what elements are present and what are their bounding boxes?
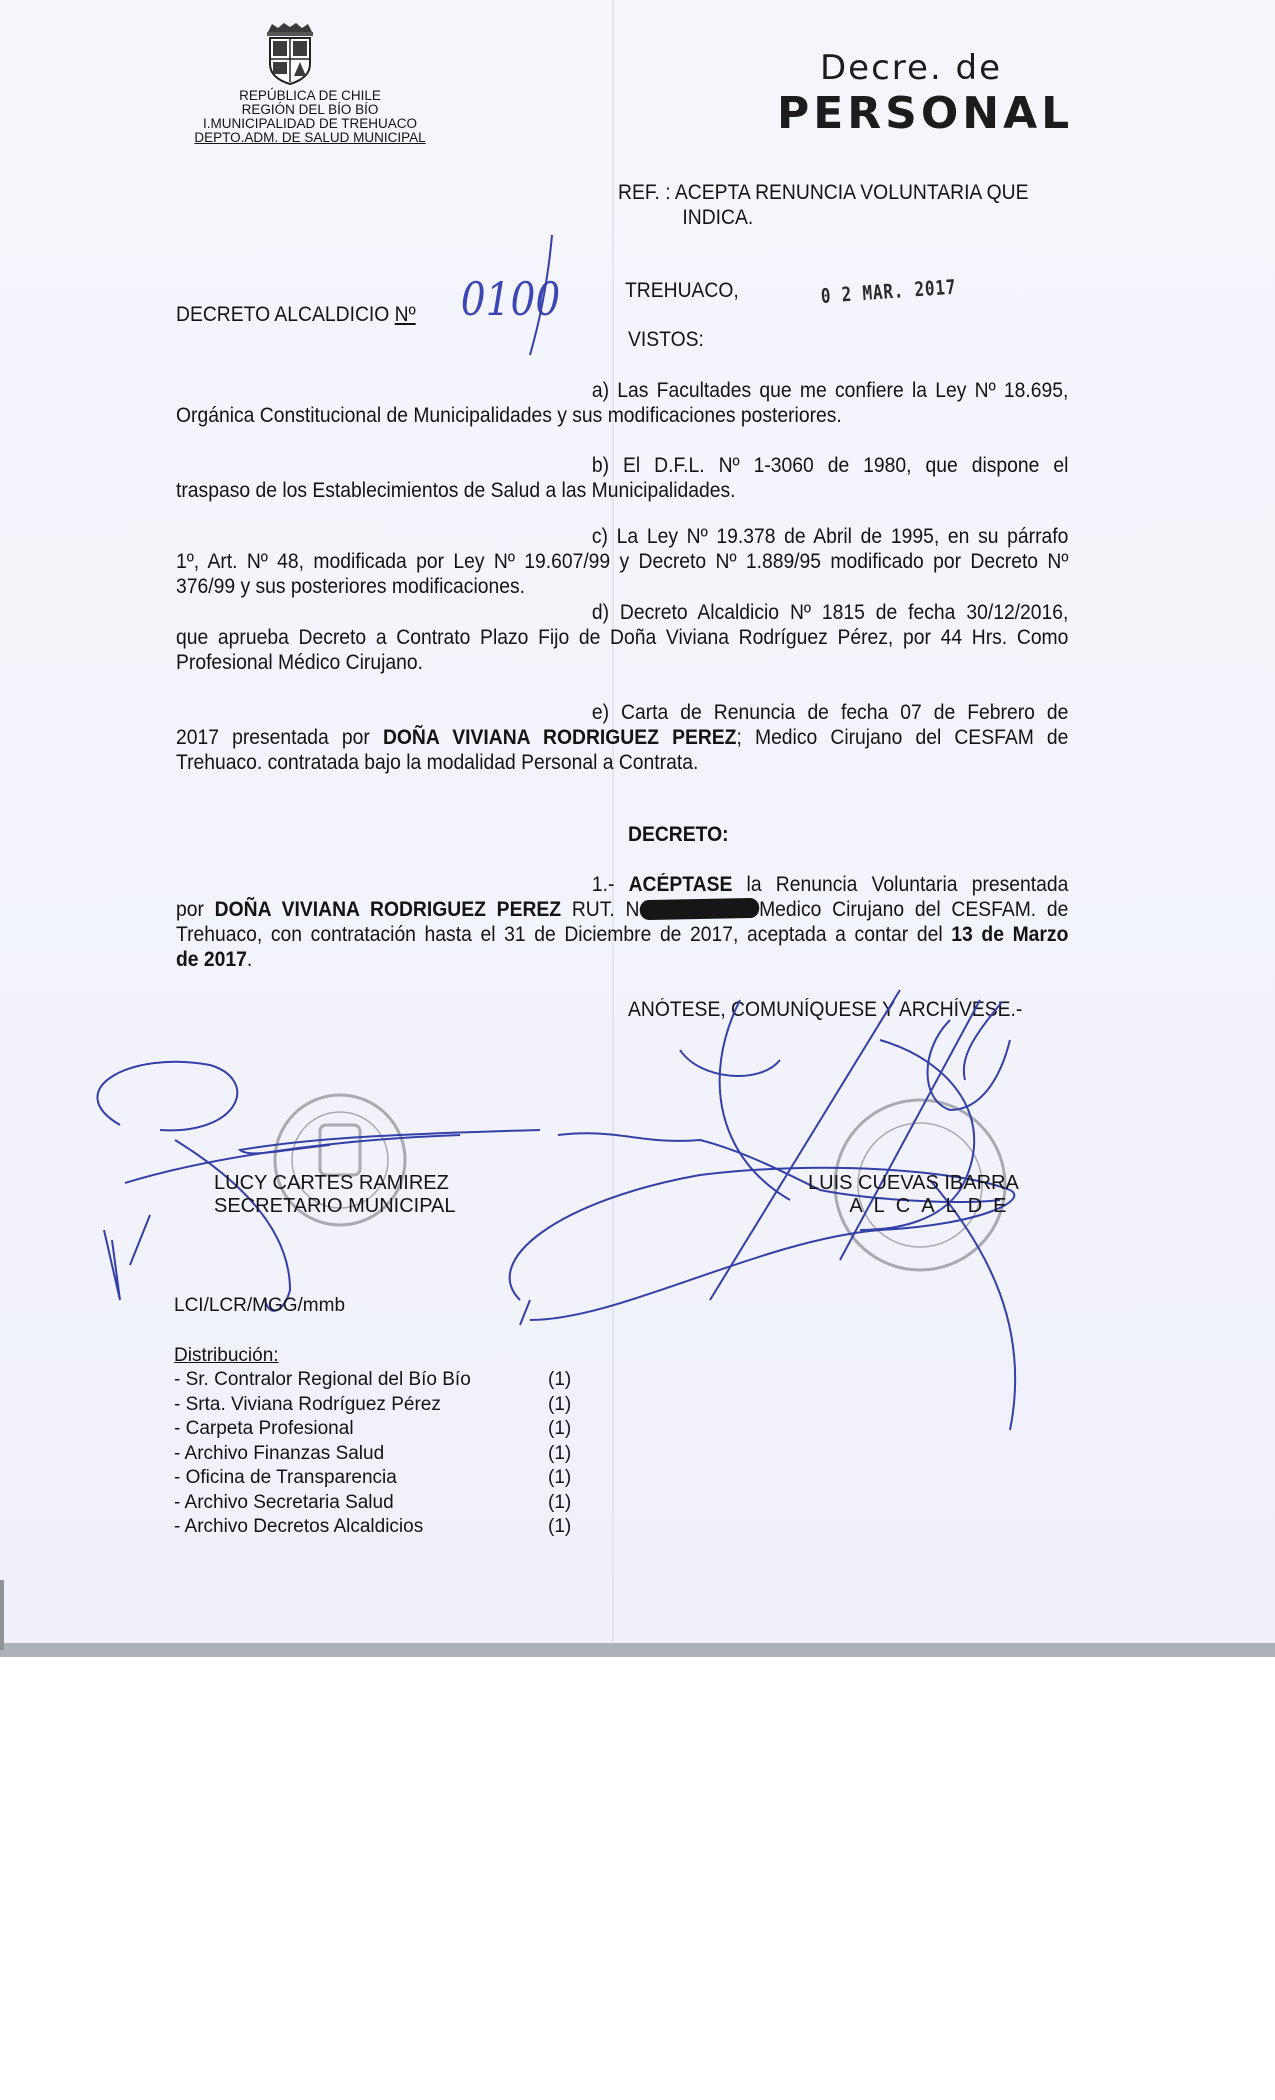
mayor-signature-block: LUIS CUEVAS IBARRA ALCALDE — [808, 1172, 1019, 1218]
decree-number-handwritten: 0100 — [461, 272, 561, 326]
rut-label: RUT. N — [561, 898, 639, 921]
copies: (1) — [548, 1442, 571, 1467]
distribution-item: - Archivo Decretos Alcaldicios(1) — [174, 1515, 594, 1540]
person-name: DOÑA VIVIANA RODRIGUEZ PEREZ — [383, 726, 737, 749]
page-fold-line — [612, 0, 614, 1643]
resolution-line4: de 2017. — [176, 947, 1068, 972]
reference-text-line1: ACEPTA RENUNCIA VOLUNTARIA QUE — [675, 181, 1029, 204]
recipient: - Archivo Secretaria Salud — [174, 1492, 394, 1513]
copies: (1) — [548, 1491, 571, 1516]
recipient: - Carpeta Profesional — [174, 1418, 354, 1439]
recipient: - Archivo Finanzas Salud — [174, 1443, 384, 1464]
resolution-lead: 1.- ACÉPTASE la Renuncia Voluntaria pres… — [176, 872, 1068, 897]
distribution-item: - Oficina de Transparencia(1) — [174, 1466, 594, 1491]
effective-date-year: de 2017 — [176, 948, 247, 971]
text-run: Medico Cirujano del CESFAM. de — [759, 898, 1068, 921]
resolution-line3: Trehuaco, con contratación hasta el 31 d… — [176, 922, 1068, 947]
municipality-name: I.MUNICIPALIDAD DE TREHUACO — [160, 117, 460, 131]
text-run: la Renuncia Voluntaria presentada — [732, 873, 1068, 896]
vistos-item-body: que aprueba Decreto a Contrato Plazo Fij… — [176, 625, 1068, 675]
vistos-item-lead: c) La Ley Nº 19.378 de Abril de 1995, en… — [176, 524, 1068, 549]
distribution-item: - Carpeta Profesional(1) — [174, 1417, 594, 1442]
distribution-item: - Srta. Viviana Rodríguez Pérez(1) — [174, 1393, 594, 1418]
item-number: 1.- — [592, 873, 629, 896]
drafter-initials: LCI/LCR/MGG/mmb — [174, 1295, 345, 1317]
vistos-item-lead: e) Carta de Renuncia de fecha 07 de Febr… — [176, 700, 1068, 725]
copies: (1) — [548, 1417, 571, 1442]
decree-label: DECRETO ALCALDICIO — [176, 303, 395, 326]
decreto-heading: DECRETO: — [628, 822, 729, 847]
place-label: TREHUACO, — [625, 278, 739, 303]
copies: (1) — [548, 1393, 571, 1418]
effective-date: 13 de Marzo — [951, 923, 1068, 946]
secretary-role: SECRETARIO MUNICIPAL — [214, 1195, 456, 1218]
text-run: . — [247, 948, 252, 971]
closing-formula: ANÓTESE, COMUNÍQUESE Y ARCHÍVESE.- — [628, 997, 1022, 1022]
vistos-item-body: 1º, Art. Nº 48, modificada por Ley Nº 19… — [176, 549, 1068, 599]
document-type-line1: Decre. de — [820, 48, 1002, 88]
vistos-item-lead: b) El D.F.L. Nº 1-3060 de 1980, que disp… — [176, 453, 1068, 478]
reference-text-line2: INDICA. — [618, 205, 1096, 230]
vistos-item-lead: a) Las Facultades que me confiere la Ley… — [176, 378, 1068, 403]
scan-bottom-shadow — [0, 1643, 1275, 1657]
document-type-line2: PERSONAL — [777, 88, 1073, 139]
text-run: por — [176, 898, 215, 921]
vistos-item-body: traspaso de los Establecimientos de Salu… — [176, 478, 1068, 503]
recipient: - Archivo Decretos Alcaldicios — [174, 1516, 423, 1537]
department-name: DEPTO.ADM. DE SALUD MUNICIPAL — [160, 131, 460, 145]
vistos-item-a: a) Las Facultades que me confiere la Ley… — [176, 378, 1068, 428]
vistos-item-lead: d) Decreto Alcaldicio Nº 1815 de fecha 3… — [176, 600, 1068, 625]
recipient: - Sr. Contralor Regional del Bío Bío — [174, 1369, 471, 1390]
text-run: 2017 presentada por — [176, 726, 383, 749]
distribution-item: - Sr. Contralor Regional del Bío Bío(1) — [174, 1368, 594, 1393]
vistos-heading: VISTOS: — [628, 327, 704, 352]
country-name: REPÚBLICA DE CHILE — [160, 89, 460, 103]
reference-block: REF. : ACEPTA RENUNCIA VOLUNTARIA QUE IN… — [618, 180, 1096, 230]
resolution-verb: ACÉPTASE — [629, 873, 733, 896]
region-name: REGIÓN DEL BÍO BÍO — [160, 103, 460, 117]
decree-number-symbol: Nº — [395, 303, 416, 326]
vistos-item-body: Orgánica Constitucional de Municipalidad… — [176, 403, 1068, 428]
reference-label: REF. : — [618, 181, 671, 204]
vistos-item-body: 2017 presentada por DOÑA VIVIANA RODRIGU… — [176, 725, 1068, 775]
distribution-list: - Sr. Contralor Regional del Bío Bío(1) … — [174, 1368, 594, 1540]
distribution-title: Distribución: — [174, 1345, 279, 1367]
distribution-item: - Archivo Finanzas Salud(1) — [174, 1442, 594, 1467]
scan-left-edge — [0, 1580, 4, 1650]
text-run: Trehuaco, con contratación hasta el 31 d… — [176, 923, 951, 946]
secretary-name: LUCY CARTES RAMIREZ — [214, 1172, 456, 1195]
recipient: - Oficina de Transparencia — [174, 1467, 397, 1488]
redacted-rut — [639, 898, 759, 920]
secretary-signature-block: LUCY CARTES RAMIREZ SECRETARIO MUNICIPAL — [214, 1172, 456, 1218]
resolution-item-1: 1.- ACÉPTASE la Renuncia Voluntaria pres… — [176, 872, 1068, 972]
coat-of-arms-icon — [262, 22, 318, 86]
resolution-line2: por DOÑA VIVIANA RODRIGUEZ PEREZ RUT. NM… — [176, 897, 1068, 922]
decree-number-line: DECRETO ALCALDICIO Nº — [176, 302, 416, 327]
distribution-item: - Archivo Secretaria Salud(1) — [174, 1491, 594, 1516]
copies: (1) — [548, 1515, 571, 1540]
vistos-item-e: e) Carta de Renuncia de fecha 07 de Febr… — [176, 700, 1068, 775]
recipient: - Srta. Viviana Rodríguez Pérez — [174, 1394, 441, 1415]
copies: (1) — [548, 1466, 571, 1491]
institution-header: REPÚBLICA DE CHILE REGIÓN DEL BÍO BÍO I.… — [160, 89, 460, 145]
vistos-item-d: d) Decreto Alcaldicio Nº 1815 de fecha 3… — [176, 600, 1068, 675]
copies: (1) — [548, 1368, 571, 1393]
vistos-item-c: c) La Ley Nº 19.378 de Abril de 1995, en… — [176, 524, 1068, 599]
vistos-item-b: b) El D.F.L. Nº 1-3060 de 1980, que disp… — [176, 453, 1068, 503]
mayor-role: ALCALDE — [808, 1195, 1019, 1218]
mayor-name: LUIS CUEVAS IBARRA — [808, 1172, 1019, 1195]
person-name: DOÑA VIVIANA RODRIGUEZ PEREZ — [215, 898, 561, 921]
